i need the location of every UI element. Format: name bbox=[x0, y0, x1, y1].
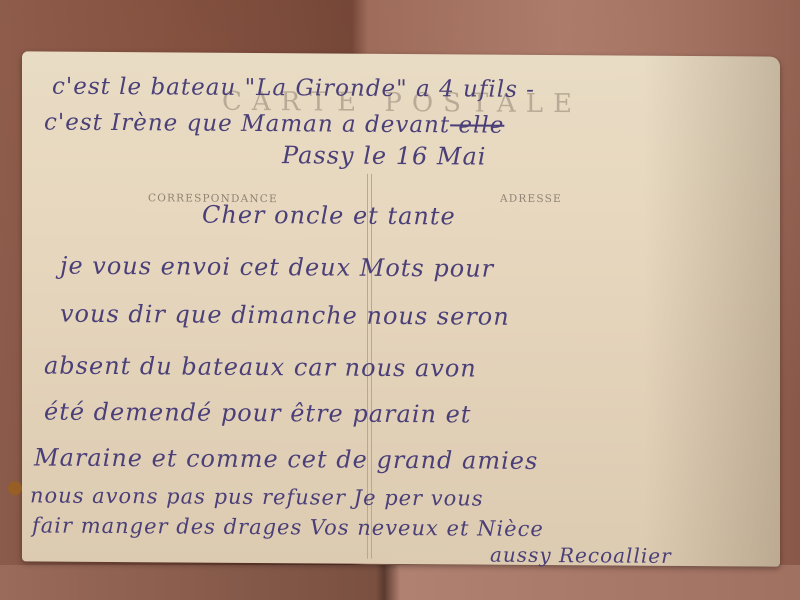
printed-adresse-label: ADRESSE bbox=[500, 193, 562, 205]
background-lap bbox=[0, 565, 800, 600]
handwriting-line-2: c'est Irène que Maman a devant elle bbox=[44, 110, 504, 139]
body-line: je vous envoi cet deux Mots pour bbox=[60, 252, 494, 283]
body-line: nous avons pas pus refuser Je per vous bbox=[30, 483, 484, 510]
handwriting-struck-word: elle bbox=[450, 112, 504, 138]
body-line: absent du bateaux car nous avon bbox=[44, 352, 477, 383]
body-line: fair manger des drages Vos neveux et Niè… bbox=[32, 513, 544, 541]
handwriting-line-1: c'est le bateau "La Gironde" a 4 ufils - bbox=[52, 74, 535, 103]
signature: aussy Recoallier bbox=[490, 543, 672, 568]
greeting: Cher oncle et tante bbox=[202, 201, 456, 231]
body-line: Maraine et comme cet de grand amies bbox=[34, 443, 538, 475]
body-line: été demendé pour être parain et bbox=[44, 398, 471, 429]
body-line: vous dir que dimanche nous seron bbox=[60, 300, 510, 331]
place-date: Passy le 16 Mai bbox=[282, 141, 486, 170]
postcard: CARTE POSTALE CORRESPONDANCE ADRESSE c'e… bbox=[22, 51, 780, 566]
stain-spot bbox=[8, 481, 22, 495]
handwriting-line-2-text: c'est Irène que Maman a devant bbox=[44, 110, 450, 139]
